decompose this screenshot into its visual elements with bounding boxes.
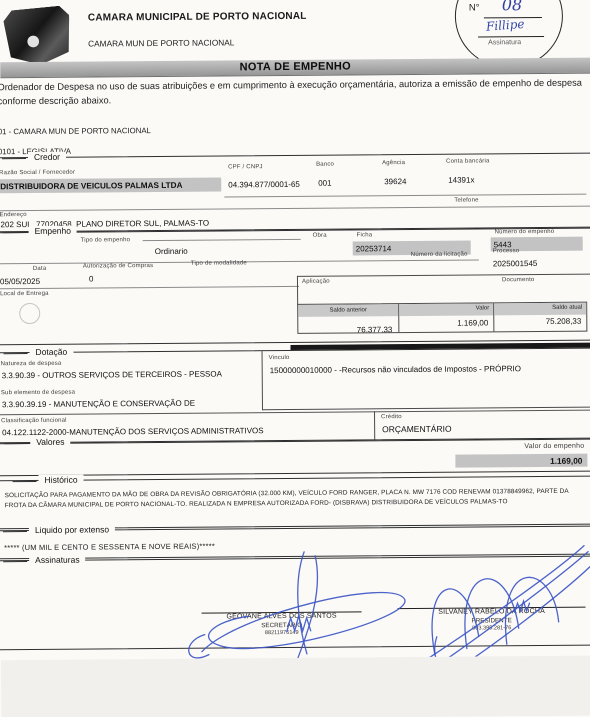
banco-label: Banco (316, 162, 334, 168)
autorizacao-label: Autorização de Compras (83, 263, 153, 270)
vinculo-value: 15000000010000 - -Recursos não vinculado… (270, 364, 521, 375)
stamp-number-label: N° (469, 2, 480, 13)
obra-label: Obra (313, 233, 327, 239)
credito-value: ORÇAMENTÁRIO (382, 424, 451, 435)
saldo-atual-column: Saldo atual 75.208,33 (493, 303, 586, 332)
tipo-empenho-line (143, 239, 301, 241)
agencia-label: Agência (382, 160, 405, 166)
tipo-empenho-label: Tipo do empenho (81, 237, 131, 243)
conta-bancaria-label: Conta bancária (446, 158, 490, 164)
data-value: 05/05/2025 (0, 277, 40, 286)
valores-section-label: Valores (30, 437, 70, 447)
valor-value: 1.169,00 (457, 318, 488, 327)
assinaturas-section-label: Assinaturas (29, 555, 85, 565)
conta-value: 14391x (448, 176, 474, 185)
endereco-label: Endereço (0, 212, 27, 218)
processo-value: 2025001545 (493, 259, 538, 268)
stamp-handwritten-name: Fillipe (485, 17, 524, 34)
licitacao-label: Número da licitação (411, 252, 468, 258)
credor-section: Credor Razão Social / Fornecedor CPF / C… (0, 153, 590, 234)
historico-text: SOLICITAÇÃO PARA PAGAMENTO DA MÃO DE OBR… (5, 487, 585, 511)
scanned-document: CAMARA MUNICIPAL DE PORTO NACIONAL CAMAR… (0, 0, 590, 717)
org-title: CAMARA MUNICIPAL DE PORTO NACIONAL (88, 11, 307, 24)
saldo-anterior-column: Saldo anterior 76.377,33 (298, 304, 398, 333)
saldo-atual-value: 75.208,33 (546, 317, 582, 326)
org-subtitle: CAMARA MUN DE PORTO NACIONAL (88, 37, 234, 48)
valores-section: Valores Valor do empenho 1.169,00 (0, 438, 590, 477)
subelemento-label: Sub elemento de despesa (1, 390, 75, 397)
stamp-line-2 (478, 36, 544, 38)
natureza-label: Natureza de despesa (1, 361, 62, 367)
saldo-atual-header: Saldo atual (494, 303, 586, 316)
credito-label: Crédito (381, 414, 402, 420)
empenho-section-label: Empenho (29, 226, 77, 236)
historico-section: Histórico SOLICITAÇÃO PARA PAGAMENTO DA … (0, 476, 590, 530)
valor-empenho-label: Valor do empenho (524, 443, 584, 450)
aplicacao-panel: Aplicação Documento (297, 274, 590, 305)
historico-section-label: Histórico (38, 475, 83, 485)
tipo-empenho-value: Ordinario (155, 247, 188, 256)
coat-of-arms-logo (2, 5, 73, 68)
banco-value: 001 (318, 179, 331, 188)
document-title-bar: NOTA DE EMPENHO (0, 58, 590, 79)
empenho-divider-2 (0, 286, 299, 289)
autorizacao-value: 0 (89, 275, 94, 284)
stamp-number-handwritten: 08 (502, 0, 523, 14)
vinculo-panel: Vinculo 15000000010000 - -Recursos não v… (262, 349, 590, 411)
natureza-value: 3.3.90.39 - OUTROS SERVIÇOS DE TERCEIROS… (2, 370, 222, 381)
stamp-signature-label: Assinatura (488, 39, 521, 46)
razao-social-label: Razão Social / Fornecedor (0, 170, 75, 177)
valor-empenho-value: 1.169,00 (550, 456, 582, 466)
liquido-section-label: Liquido por extenso (29, 524, 115, 535)
intro-paragraph: Ordenador de Despesa no uso de suas atri… (0, 77, 590, 110)
agencia-value: 39624 (384, 177, 406, 186)
faint-stamp-mark (19, 303, 40, 324)
credor-section-label: Credor (28, 152, 66, 162)
classificacao-label: Classificação funcional (1, 418, 67, 425)
vinculo-label: Vinculo (269, 355, 290, 361)
data-label: Data (33, 266, 47, 272)
aplicacao-label: Aplicação (302, 279, 330, 285)
processo-label: Processo (493, 248, 520, 254)
saldo-anterior-header: Saldo anterior (298, 304, 398, 317)
paper-bottom-area (1, 656, 590, 717)
valor-column: Valor 1.169,00 (398, 303, 493, 332)
credor-divider-full (0, 206, 590, 212)
entity-org: 01 - CAMARA MUN DE PORTO NACIONAL (0, 126, 151, 136)
saldo-table: Saldo anterior 76.377,33 Valor 1.169,00 … (297, 302, 587, 334)
credito-panel: Crédito ORÇAMENTÁRIO (374, 410, 590, 441)
ficha-label: Ficha (357, 232, 373, 238)
handwritten-signature-secretario (176, 545, 427, 672)
cpf-cnpj-label: CPF / CNPJ (228, 164, 263, 170)
credor-divider-right (224, 194, 586, 198)
documento-label: Documento (502, 277, 535, 283)
modalidade-label: Tipo de modalidade (191, 260, 247, 266)
fornecedor-value: DISTRIBUIDORA DE VEICULOS PALMAS LTDA (0, 181, 182, 191)
subelemento-value: 3.3.90.39.19 - MANUTENÇÃO E CONSERVAÇÃO … (2, 399, 195, 410)
valor-header: Valor (399, 303, 493, 316)
saldo-anterior-value: 76.377,33 (357, 325, 393, 333)
telefone-label: Telefone (454, 197, 478, 203)
cnpj-value: 04.394.877/0001-65 (228, 180, 300, 190)
dotacao-section-label: Dotação (29, 347, 73, 357)
empenho-section: Empenho Tipo do empenho Obra Ficha Númer… (0, 227, 590, 346)
ficha-value: 20253714 (356, 244, 392, 253)
classificacao-value: 04.122.1122-2000-MANUTENÇÃO DOS SERVIÇOS… (2, 426, 263, 437)
numero-empenho-label: Número do empenho (495, 229, 555, 235)
local-entrega-label: Local de Entrega (0, 291, 49, 297)
dotacao-section: Dotação Natureza de despesa 3.3.90.39 - … (0, 348, 590, 445)
